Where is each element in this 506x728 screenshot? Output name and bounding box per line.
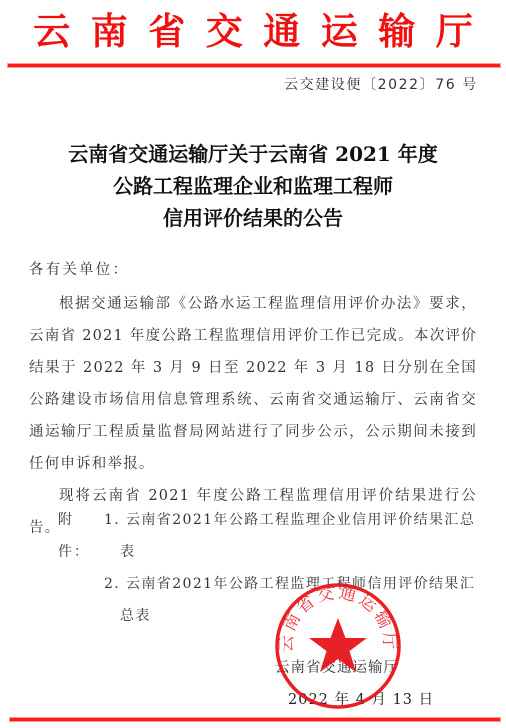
- attachment-title: 1. 云南省2021年公路工程监理企业信用评价结果汇总表: [104, 504, 478, 568]
- masthead-char: 交: [196, 8, 254, 54]
- paragraph-1: 根据交通运输部《公路水运工程监理信用评价办法》要求，云南省 2021 年度公路工…: [29, 288, 477, 480]
- masthead-char: 输: [368, 8, 426, 54]
- attachment-item: 附件： 2. 云南省2021年公路工程监理工程师信用评价结果汇总表: [58, 568, 478, 632]
- title-line-3: 信用评价结果的公告: [0, 202, 506, 234]
- document-title: 云南省交通运输厅关于云南省 2021 年度 公路工程监理企业和监理工程师 信用评…: [0, 138, 506, 234]
- attachments-label: 附件：: [58, 504, 104, 568]
- masthead-char: 运: [311, 8, 369, 54]
- salutation: 各有关单位：: [29, 258, 129, 279]
- masthead-char: 南: [81, 8, 139, 54]
- attachment-item: 附件： 1. 云南省2021年公路工程监理企业信用评价结果汇总表: [58, 504, 478, 568]
- footer-divider: [10, 718, 500, 721]
- official-seal-icon: 云南省交通运输厅: [272, 580, 404, 712]
- masthead-char: 厅: [426, 8, 484, 54]
- document-number: 云交建设便〔2022〕76 号: [284, 74, 478, 94]
- attachments-list: 附件： 1. 云南省2021年公路工程监理企业信用评价结果汇总表 附件： 2. …: [58, 504, 478, 632]
- masthead-char: 云: [23, 8, 81, 54]
- masthead-char: 通: [253, 8, 311, 54]
- title-line-1: 云南省交通运输厅关于云南省 2021 年度: [0, 138, 506, 170]
- masthead: 云 南 省 交 通 运 输 厅: [0, 8, 506, 54]
- masthead-char: 省: [138, 8, 196, 54]
- title-line-2: 公路工程监理企业和监理工程师: [0, 170, 506, 202]
- header-divider: [8, 64, 500, 67]
